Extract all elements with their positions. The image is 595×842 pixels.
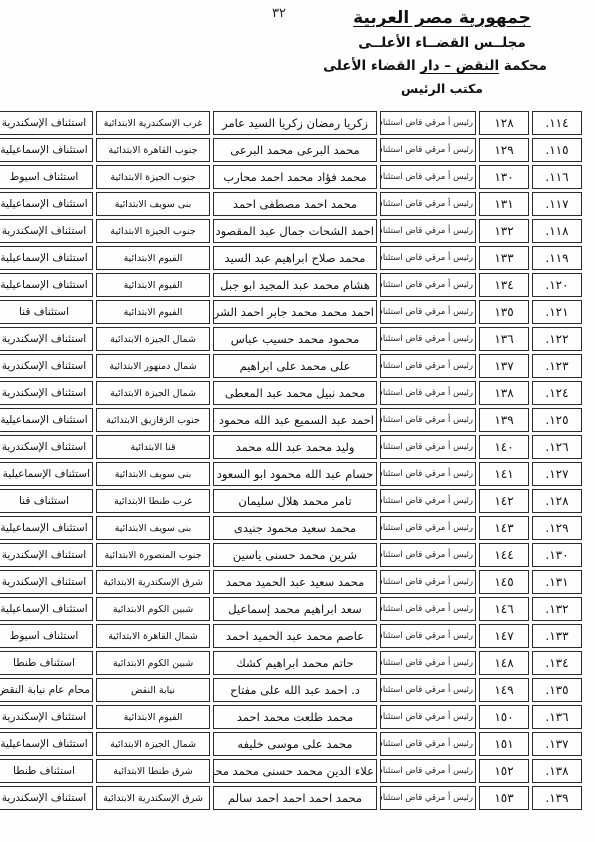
primary-court-cell: جنوب القاهرة الابتدائية — [96, 138, 210, 162]
rank-number-cell: ١٣١ — [479, 192, 529, 216]
appeal-court-cell: استئناف الإسكندرية — [0, 543, 93, 567]
rank-number-cell: ١٢٨ — [479, 111, 529, 135]
primary-court-cell: شرق الإسكندرية الابتدائية — [96, 786, 210, 810]
position-cell: رئيس أ مرقي قاض استئناف — [380, 354, 476, 378]
appeal-court-cell: استئناف الإسكندرية — [0, 111, 93, 135]
seq-number-cell: ١٢٤. — [532, 381, 582, 405]
seq-number-cell: ١١٥. — [532, 138, 582, 162]
position-cell: رئيس أ مرقي قاض استئناف — [380, 273, 476, 297]
seq-number-cell: ١٣١. — [532, 570, 582, 594]
table-row: ١٢٤.١٣٨رئيس أ مرقي قاض استئنافمحمد نبيل … — [0, 381, 582, 405]
position-cell: رئيس أ مرقي قاض استئناف — [380, 462, 476, 486]
judge-name-cell: احمد عبد السميع عبد الله محمود شرف الدين — [213, 408, 377, 432]
rank-number-cell: ١٣٦ — [479, 327, 529, 351]
primary-court-cell: نيابة النقض — [96, 678, 210, 702]
seq-number-cell: ١١٤. — [532, 111, 582, 135]
judge-name-cell: على محمد على ابراهيم — [213, 354, 377, 378]
rank-number-cell: ١٤٢ — [479, 489, 529, 513]
rank-number-cell: ١٤٣ — [479, 516, 529, 540]
position-cell: رئيس أ مرقي قاض استئناف — [380, 624, 476, 648]
appeal-court-cell: استئناف طنطا — [0, 759, 93, 783]
judge-name-cell: د. احمد عبد الله على مفتاح — [213, 678, 377, 702]
seq-number-cell: ١٣٩. — [532, 786, 582, 810]
judge-name-cell: تامر محمد هلال سليمان — [213, 489, 377, 513]
judge-name-cell: حاتم محمد ابراهيم كشك — [213, 651, 377, 675]
position-cell: رئيس أ مرقي قاض استئناف — [380, 435, 476, 459]
seq-number-cell: ١١٧. — [532, 192, 582, 216]
rank-number-cell: ١٢٩ — [479, 138, 529, 162]
primary-court-cell: شرق طنطا الابتدائية — [96, 759, 210, 783]
appeal-court-cell: استئناف الإسكندرية — [0, 435, 93, 459]
position-cell: رئيس أ مرقي قاض استئناف — [380, 516, 476, 540]
seq-number-cell: ١٢٠. — [532, 273, 582, 297]
seq-number-cell: ١٢١. — [532, 300, 582, 324]
seq-number-cell: ١٢٥. — [532, 408, 582, 432]
appeal-court-cell: استئناف الإسماعيلية — [0, 408, 93, 432]
table-row: ١٣١.١٤٥رئيس أ مرقي قاض استئنافمحمد سعيد … — [0, 570, 582, 594]
rank-number-cell: ١٣٩ — [479, 408, 529, 432]
table-row: ١٢٥.١٣٩رئيس أ مرقي قاض استئنافاحمد عبد ا… — [0, 408, 582, 432]
primary-court-cell: جنوب الجيزة الابتدائية — [96, 165, 210, 189]
rank-number-cell: ١٥٣ — [479, 786, 529, 810]
primary-court-cell: غرب طنطا الابتدائية — [96, 489, 210, 513]
appeal-court-cell: استئناف الإسكندرية — [0, 219, 93, 243]
position-cell: رئيس أ مرقي قاض استئناف — [380, 651, 476, 675]
primary-court-cell: الفيوم الابتدائية — [96, 273, 210, 297]
appeal-court-cell: استئناف الإسماعيلية — [0, 246, 93, 270]
judge-name-cell: علاء الدين محمد حسنى محمد محمد الشرقاوى — [213, 759, 377, 783]
position-cell: رئيس أ مرقي قاض استئناف — [380, 192, 476, 216]
rank-number-cell: ١٣٨ — [479, 381, 529, 405]
republic-logo-text: جمهورية مصر العربية — [337, 8, 547, 28]
appeal-court-cell: استئناف الإسماعيلية منتدب — [0, 462, 93, 486]
judge-name-cell: محمد نبيل محمد عبد المعطى — [213, 381, 377, 405]
judges-roster-table-body: ١١٤.١٢٨رئيس أ مرقي قاض استئنافزكريا رمضا… — [0, 111, 582, 810]
rank-number-cell: ١٤٤ — [479, 543, 529, 567]
judge-name-cell: محمد احمد مصطفى احمد — [213, 192, 377, 216]
table-row: ١١٨.١٣٢رئيس أ مرقي قاض استئنافاحمد الشحا… — [0, 219, 582, 243]
primary-court-cell: الفيوم الابتدائية — [96, 246, 210, 270]
appeal-court-cell: استئناف الإسكندرية — [0, 705, 93, 729]
table-row: ١١٩.١٣٣رئيس أ مرقي قاض استئنافمحمد صلاح … — [0, 246, 582, 270]
primary-court-cell: الفيوم الابتدائية — [96, 705, 210, 729]
position-cell: رئيس أ مرقي قاض استئناف — [380, 786, 476, 810]
rank-number-cell: ١٣٠ — [479, 165, 529, 189]
primary-court-cell: شمال الجيزة الابتدائية — [96, 327, 210, 351]
table-row: ١٢٦.١٤٠رئيس أ مرقي قاض استئنافوليد محمد … — [0, 435, 582, 459]
judge-name-cell: وليد محمد عبد الله محمد — [213, 435, 377, 459]
primary-court-cell: شمال الجيزة الابتدائية — [96, 381, 210, 405]
table-row: ١٣٣.١٤٧رئيس أ مرقي قاض استئنافعاصم محمد … — [0, 624, 582, 648]
primary-court-cell: شبين الكوم الابتدائية — [96, 651, 210, 675]
table-row: ١٣٨.١٥٢رئيس أ مرقي قاض استئنافعلاء الدين… — [0, 759, 582, 783]
table-row: ١١٦.١٣٠رئيس أ مرقي قاض استئنافمحمد فؤاد … — [0, 165, 582, 189]
judge-name-cell: محمد سعيد محمود جنيدى — [213, 516, 377, 540]
primary-court-cell: شمال القاهرة الابتدائية — [96, 624, 210, 648]
judge-name-cell: محمد طلعت محمد احمد — [213, 705, 377, 729]
judge-name-cell: احمد الشحات جمال عبد المقصود — [213, 219, 377, 243]
appeal-court-cell: استئناف قنا — [0, 489, 93, 513]
judges-roster-table: ١١٤.١٢٨رئيس أ مرقي قاض استئنافزكريا رمضا… — [0, 108, 585, 813]
rank-number-cell: ١٤٠ — [479, 435, 529, 459]
rank-number-cell: ١٤٦ — [479, 597, 529, 621]
appeal-court-cell: استئناف الإسكندرية — [0, 381, 93, 405]
appeal-court-cell: استئناف قنا — [0, 300, 93, 324]
seq-number-cell: ١٣٤. — [532, 651, 582, 675]
primary-court-cell: بنى سويف الابتدائية — [96, 516, 210, 540]
judge-name-cell: محمد احمد احمد احمد سالم — [213, 786, 377, 810]
court-title: محكمة النقض – دار القضاء الأعلى — [337, 58, 547, 74]
position-cell: رئيس أ مرقي قاض استئناف — [380, 570, 476, 594]
rank-number-cell: ١٤١ — [479, 462, 529, 486]
position-cell: رئيس أ مرقي قاض استئناف — [380, 327, 476, 351]
seq-number-cell: ١٢٢. — [532, 327, 582, 351]
position-cell: رئيس أ مرقي قاض استئناف — [380, 489, 476, 513]
rank-number-cell: ١٣٣ — [479, 246, 529, 270]
table-row: ١٣٠.١٤٤رئيس أ مرقي قاض استئنافشرين محمد … — [0, 543, 582, 567]
judge-name-cell: زكريا رمضان زكريا السيد عامر — [213, 111, 377, 135]
appeal-court-cell: استئناف اسيوط — [0, 624, 93, 648]
table-row: ١٣٥.١٤٩رئيس أ مرقي قاض استئنافد. احمد عب… — [0, 678, 582, 702]
position-cell: رئيس أ مرقي قاض استئناف — [380, 138, 476, 162]
seq-number-cell: ١١٦. — [532, 165, 582, 189]
appeal-court-cell: استئناف اسيوط — [0, 165, 93, 189]
position-cell: رئيس أ مرقي قاض استئناف — [380, 219, 476, 243]
appeal-court-cell: استئناف الإسماعيلية — [0, 138, 93, 162]
position-cell: رئيس أ مرقي قاض استئناف — [380, 543, 476, 567]
judge-name-cell: هشام محمد عبد المجيد ابو جبل — [213, 273, 377, 297]
primary-court-cell: شمال الجيزة الابتدائية — [96, 732, 210, 756]
position-cell: رئيس أ مرقي قاض استئناف — [380, 381, 476, 405]
rank-number-cell: ١٥٢ — [479, 759, 529, 783]
seq-number-cell: ١٣٣. — [532, 624, 582, 648]
table-row: ١٢٣.١٣٧رئيس أ مرقي قاض استئنافعلى محمد ع… — [0, 354, 582, 378]
seq-number-cell: ١٢٧. — [532, 462, 582, 486]
primary-court-cell: شمال دمنهور الابتدائية — [96, 354, 210, 378]
seq-number-cell: ١٣٦. — [532, 705, 582, 729]
position-cell: رئيس أ مرقي قاض استئناف — [380, 678, 476, 702]
table-row: ١١٥.١٢٩رئيس أ مرقي قاض استئنافمحمد البرع… — [0, 138, 582, 162]
position-cell: رئيس أ مرقي قاض استئناف — [380, 597, 476, 621]
seq-number-cell: ١٢٨. — [532, 489, 582, 513]
table-row: ١٣٤.١٤٨رئيس أ مرقي قاض استئنافحاتم محمد … — [0, 651, 582, 675]
appeal-court-cell: استئناف الإسماعيلية — [0, 597, 93, 621]
rank-number-cell: ١٣٧ — [479, 354, 529, 378]
judge-name-cell: محمد سعيد عبد الحميد محمد — [213, 570, 377, 594]
primary-court-cell: قنا الابتدائية — [96, 435, 210, 459]
primary-court-cell: شرق الإسكندرية الابتدائية — [96, 570, 210, 594]
primary-court-cell: جنوب الزقازيق الابتدائية — [96, 408, 210, 432]
seq-number-cell: ١٢٦. — [532, 435, 582, 459]
table-row: ١٢٩.١٤٣رئيس أ مرقي قاض استئنافمحمد سعيد … — [0, 516, 582, 540]
position-cell: رئيس أ مرقي قاض استئناف — [380, 408, 476, 432]
table-row: ١١٤.١٢٨رئيس أ مرقي قاض استئنافزكريا رمضا… — [0, 111, 582, 135]
judge-name-cell: محمد على موسى خليفه — [213, 732, 377, 756]
rank-number-cell: ١٥٠ — [479, 705, 529, 729]
table-row: ١٣٢.١٤٦رئيس أ مرقي قاض استئنافسعد ابراهي… — [0, 597, 582, 621]
court-title-post: القضاء الأعلى — [323, 58, 420, 74]
page-number: ٣٢ — [272, 6, 286, 21]
council-title: مجلــس القضــاء الأعلــى — [337, 35, 547, 51]
seq-number-cell: ١٢٣. — [532, 354, 582, 378]
judge-name-cell: محمد صلاح ابراهيم عبد السيد — [213, 246, 377, 270]
seq-number-cell: ١٣٨. — [532, 759, 582, 783]
appeal-court-cell: استئناف الإسكندرية — [0, 354, 93, 378]
judge-name-cell: محمد فؤاد محمد احمد محارب — [213, 165, 377, 189]
appeal-court-cell: محام عام نيابة النقض — [0, 678, 93, 702]
table-row: ١٢٨.١٤٢رئيس أ مرقي قاض استئنافتامر محمد … — [0, 489, 582, 513]
position-cell: رئيس أ مرقي قاض استئناف — [380, 165, 476, 189]
document-page: ٣٢ جمهورية مصر العربية مجلــس القضــاء ا… — [0, 0, 595, 842]
appeal-court-cell: استئناف الإسماعيلية — [0, 192, 93, 216]
judge-name-cell: احمد محمد محمد جابر احمد الشريف — [213, 300, 377, 324]
rank-number-cell: ١٤٧ — [479, 624, 529, 648]
position-cell: رئيس أ مرقي قاض استئناف — [380, 705, 476, 729]
primary-court-cell: جنوب المنصورة الابتدائية — [96, 543, 210, 567]
appeal-court-cell: استئناف طنطا — [0, 651, 93, 675]
document-header: جمهورية مصر العربية مجلــس القضــاء الأع… — [337, 8, 547, 96]
position-cell: رئيس أ مرقي قاض استئناف — [380, 300, 476, 324]
position-cell: رئيس أ مرقي قاض استئناف — [380, 111, 476, 135]
seq-number-cell: ١٣٠. — [532, 543, 582, 567]
appeal-court-cell: استئناف الإسماعيلية — [0, 273, 93, 297]
office-title: مكتب الرئيس — [337, 81, 547, 96]
table-row: ١٣٧.١٥١رئيس أ مرقي قاض استئنافمحمد على م… — [0, 732, 582, 756]
seq-number-cell: ١٣٧. — [532, 732, 582, 756]
judge-name-cell: محمود محمد حسيب عباس — [213, 327, 377, 351]
position-cell: رئيس أ مرقي قاض استئناف — [380, 732, 476, 756]
rank-number-cell: ١٥١ — [479, 732, 529, 756]
table-row: ١٢١.١٣٥رئيس أ مرقي قاض استئنافاحمد محمد … — [0, 300, 582, 324]
judge-name-cell: عاصم محمد عبد الحميد احمد — [213, 624, 377, 648]
table-row: ١٢٢.١٣٦رئيس أ مرقي قاض استئنافمحمود محمد… — [0, 327, 582, 351]
appeal-court-cell: استئناف الإسكندرية — [0, 786, 93, 810]
primary-court-cell: شبين الكوم الابتدائية — [96, 597, 210, 621]
rank-number-cell: ١٣٤ — [479, 273, 529, 297]
seq-number-cell: ١٢٩. — [532, 516, 582, 540]
seq-number-cell: ١١٩. — [532, 246, 582, 270]
court-title-underlined: النقض – دار — [420, 58, 499, 74]
table-row: ١١٧.١٣١رئيس أ مرقي قاض استئنافمحمد احمد … — [0, 192, 582, 216]
court-title-pre: محكمة — [499, 58, 547, 74]
table-row: ١٣٩.١٥٣رئيس أ مرقي قاض استئنافمحمد احمد … — [0, 786, 582, 810]
appeal-court-cell: استئناف الإسماعيلية — [0, 516, 93, 540]
judge-name-cell: محمد البرعى محمد البرعى — [213, 138, 377, 162]
seq-number-cell: ١٣٥. — [532, 678, 582, 702]
seq-number-cell: ١٣٢. — [532, 597, 582, 621]
primary-court-cell: بنى سويف الابتدائية — [96, 192, 210, 216]
judge-name-cell: حسام عبد الله محمود ابو السعود — [213, 462, 377, 486]
primary-court-cell: بنى سويف الابتدائية — [96, 462, 210, 486]
position-cell: رئيس أ مرقي قاض استئناف — [380, 759, 476, 783]
primary-court-cell: جنوب الجيزة الابتدائية — [96, 219, 210, 243]
roster-table-wrap: ١١٤.١٢٨رئيس أ مرقي قاض استئنافزكريا رمضا… — [10, 108, 585, 813]
appeal-court-cell: استئناف الإسكندرية — [0, 327, 93, 351]
rank-number-cell: ١٤٨ — [479, 651, 529, 675]
position-cell: رئيس أ مرقي قاض استئناف — [380, 246, 476, 270]
rank-number-cell: ١٣٥ — [479, 300, 529, 324]
rank-number-cell: ١٣٢ — [479, 219, 529, 243]
table-row: ١٢٠.١٣٤رئيس أ مرقي قاض استئنافهشام محمد … — [0, 273, 582, 297]
appeal-court-cell: استئناف الإسماعيلية — [0, 732, 93, 756]
primary-court-cell: الفيوم الابتدائية — [96, 300, 210, 324]
judge-name-cell: شرين محمد حسنى ياسين — [213, 543, 377, 567]
rank-number-cell: ١٤٩ — [479, 678, 529, 702]
table-row: ١٢٧.١٤١رئيس أ مرقي قاض استئنافحسام عبد ا… — [0, 462, 582, 486]
seq-number-cell: ١١٨. — [532, 219, 582, 243]
table-row: ١٣٦.١٥٠رئيس أ مرقي قاض استئنافمحمد طلعت … — [0, 705, 582, 729]
appeal-court-cell: استئناف الإسكندرية — [0, 570, 93, 594]
rank-number-cell: ١٤٥ — [479, 570, 529, 594]
judge-name-cell: سعد ابراهيم محمد إسماعيل — [213, 597, 377, 621]
primary-court-cell: غرب الإسكندرية الابتدائية — [96, 111, 210, 135]
